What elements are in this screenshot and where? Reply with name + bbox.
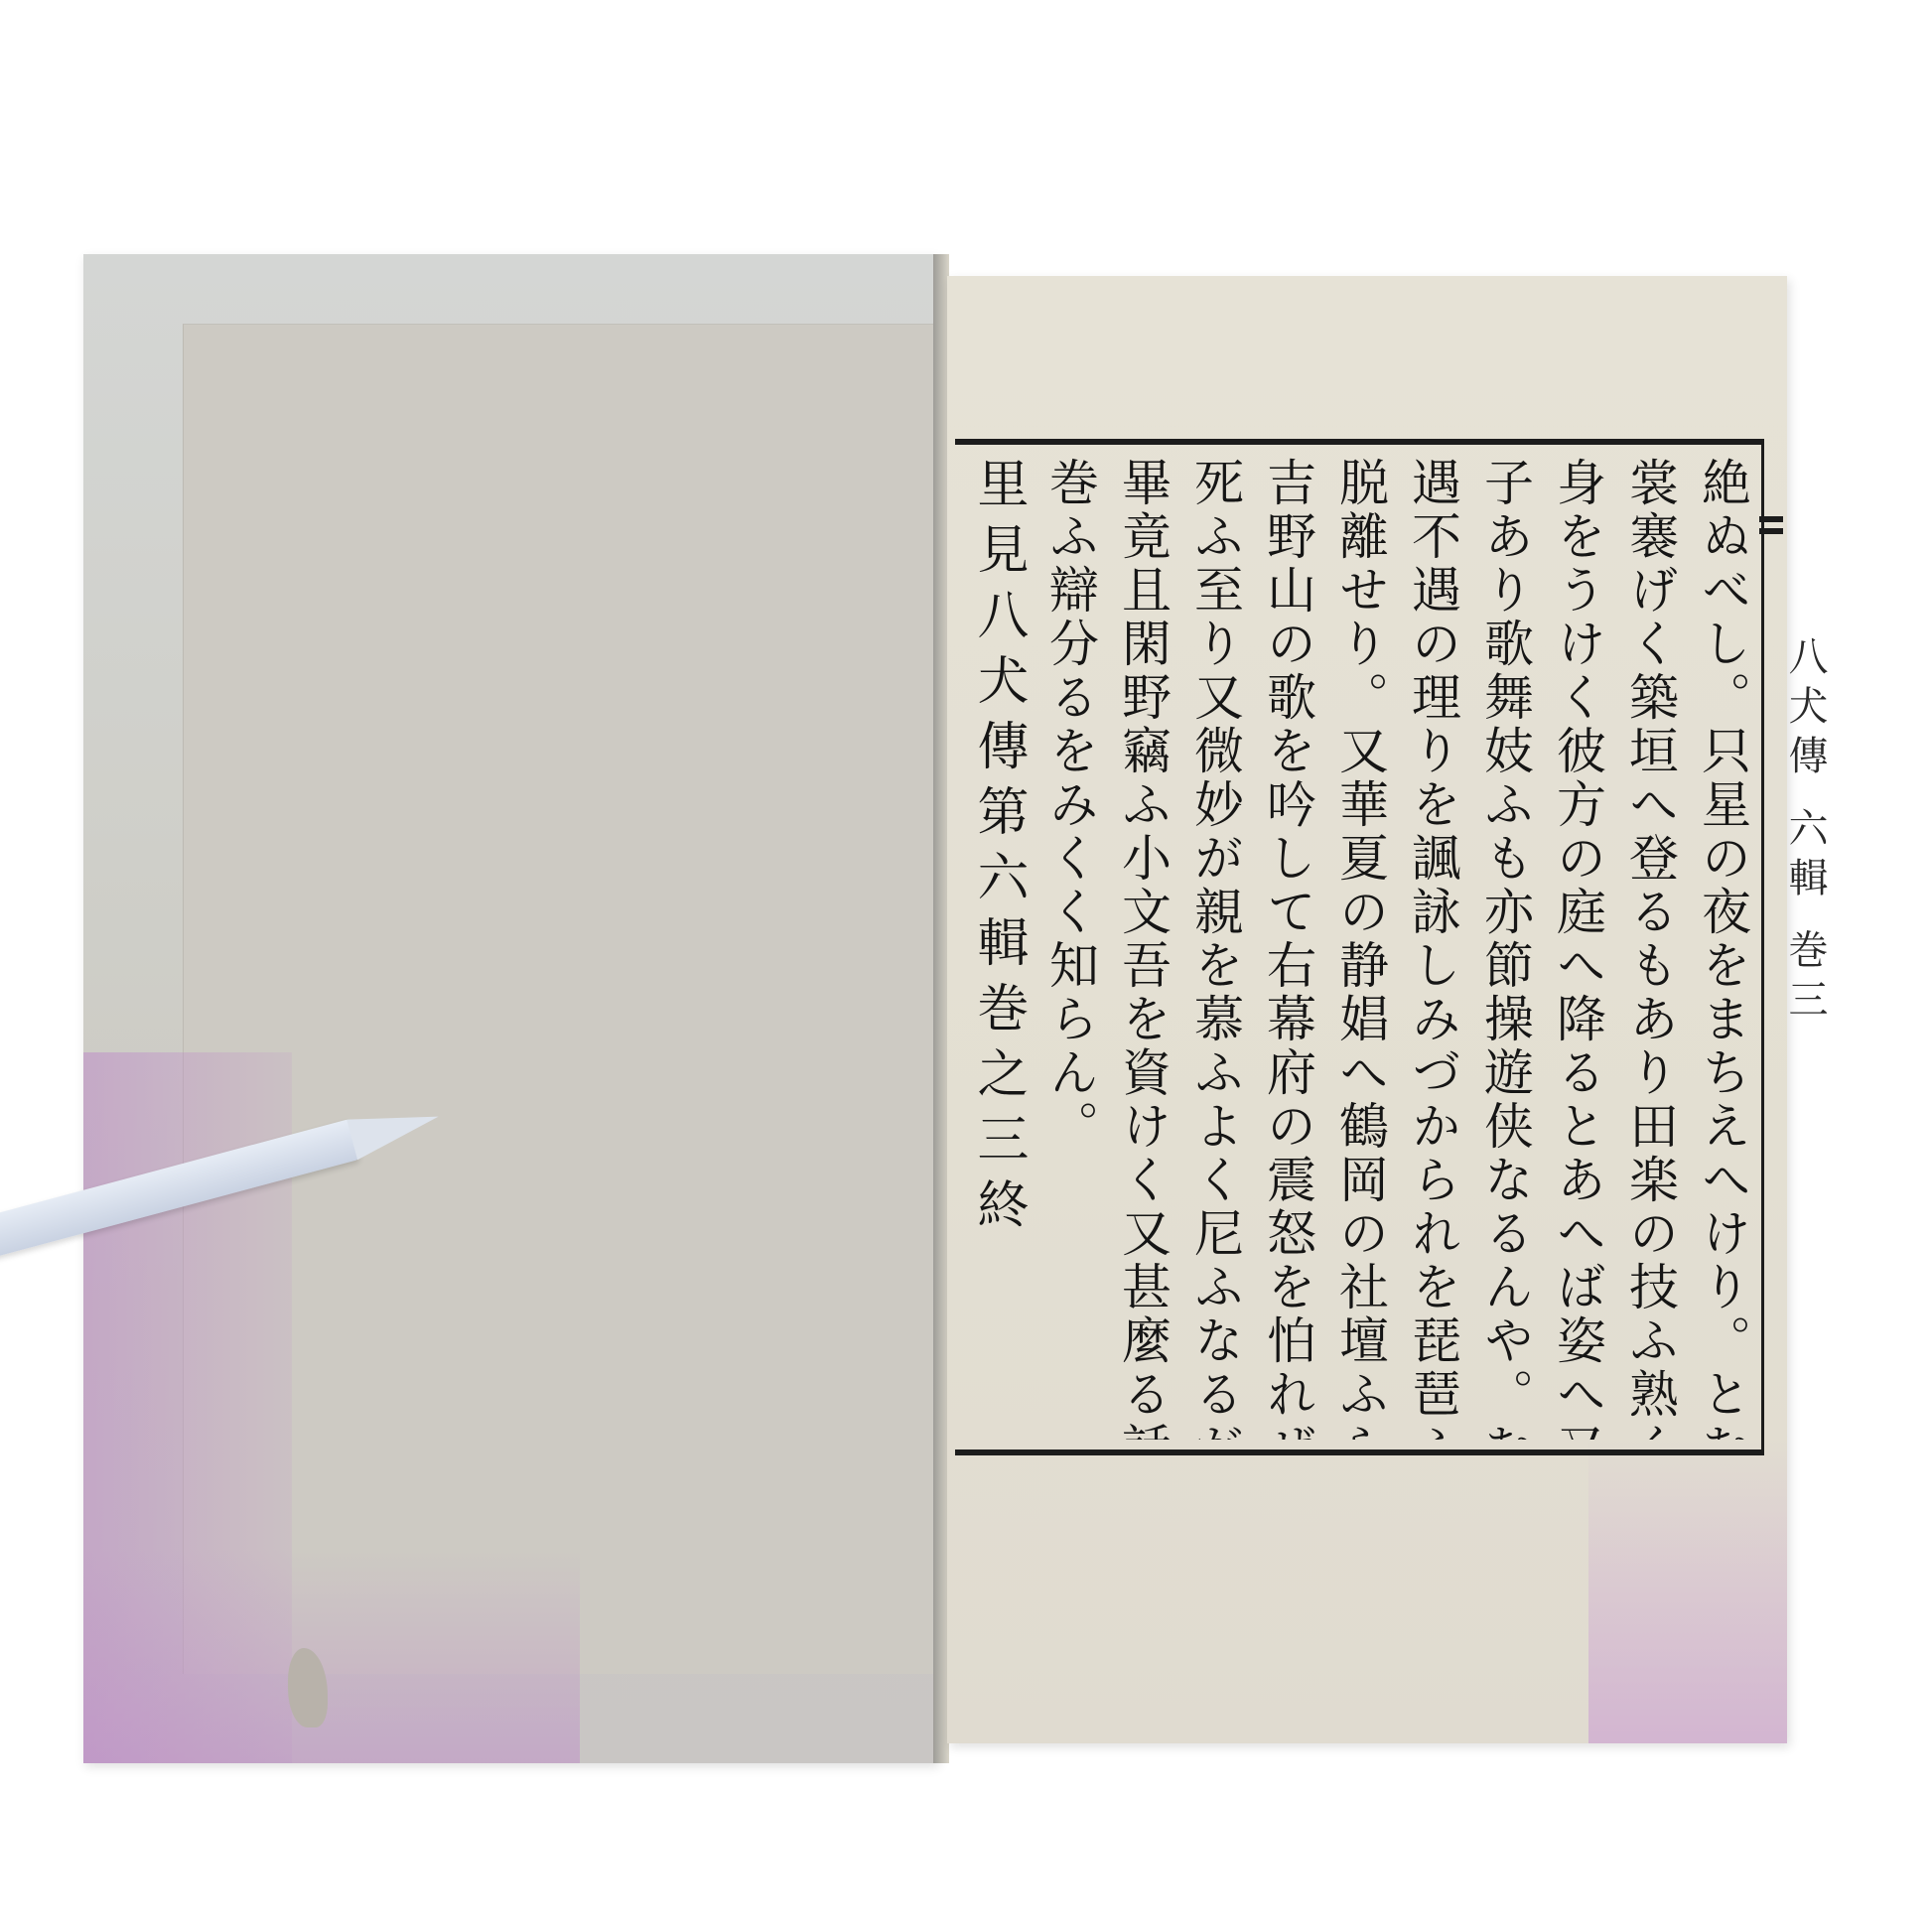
text-column: 裳褰げく築垣へ登るもあり田楽の技ふ熟くる身の䌤し閃こと松ふ [1620, 457, 1680, 1440]
colophon: 里見八犬傳第六輯巻之三終 [968, 457, 1028, 1440]
text-column: 絶ぬべし。只星の夜をまちえへけり。とむらひ々けそ故の樹の間を遶りゆく。 [1693, 457, 1752, 1440]
text-column: 畢竟且閑野竊ふ小文吾を資けく又甚麼る話説りあるそを次の [1113, 457, 1173, 1440]
text-column: 身をうけく彼方の庭へ降るとあへば姿へ又ぬえぬりありり。嗚呼伶人ふも隠君 [1548, 457, 1607, 1440]
text-column: 吉野山の歌を吟して右幕府の震怒を怕れぜ况く千壽が重衡を憐 [1258, 457, 1317, 1440]
purple-stain-bottom [83, 1549, 580, 1763]
purple-stain-right [1588, 1440, 1787, 1743]
text-column: 子あり歌舞妓ふも亦節操遊侠なるんや。むー逢阪山の蝉丸へ栄枯得失 [1475, 457, 1535, 1440]
text-column: 脱離せり。又華夏の静娼へ鶴岡の社壇ふらく廷尉別離の愁訴ふ代ふ [1330, 457, 1390, 1440]
fold-marks [1759, 516, 1783, 536]
text-column: 死ふ至り又微妙が親を慕ふよく尼ふなるが如き其の所をぬくりと以まし。 [1185, 457, 1245, 1440]
text-column: 巻ふ辯分るをみくく知らん。 [1040, 457, 1100, 1440]
margin-title: 八犬傳 六輯 巻三 [1777, 635, 1834, 1028]
text-columns: 絶ぬべし。只星の夜をまちえへけり。とむらひ々けそ故の樹の間を遶りゆく。 裳褰げく… [968, 457, 1752, 1440]
text-column: 遇不遇の理りを諷詠しみづかられを琵琶ふ奏してゆく濁世の煩悩を [1403, 457, 1462, 1440]
left-page-inner [183, 324, 937, 1674]
